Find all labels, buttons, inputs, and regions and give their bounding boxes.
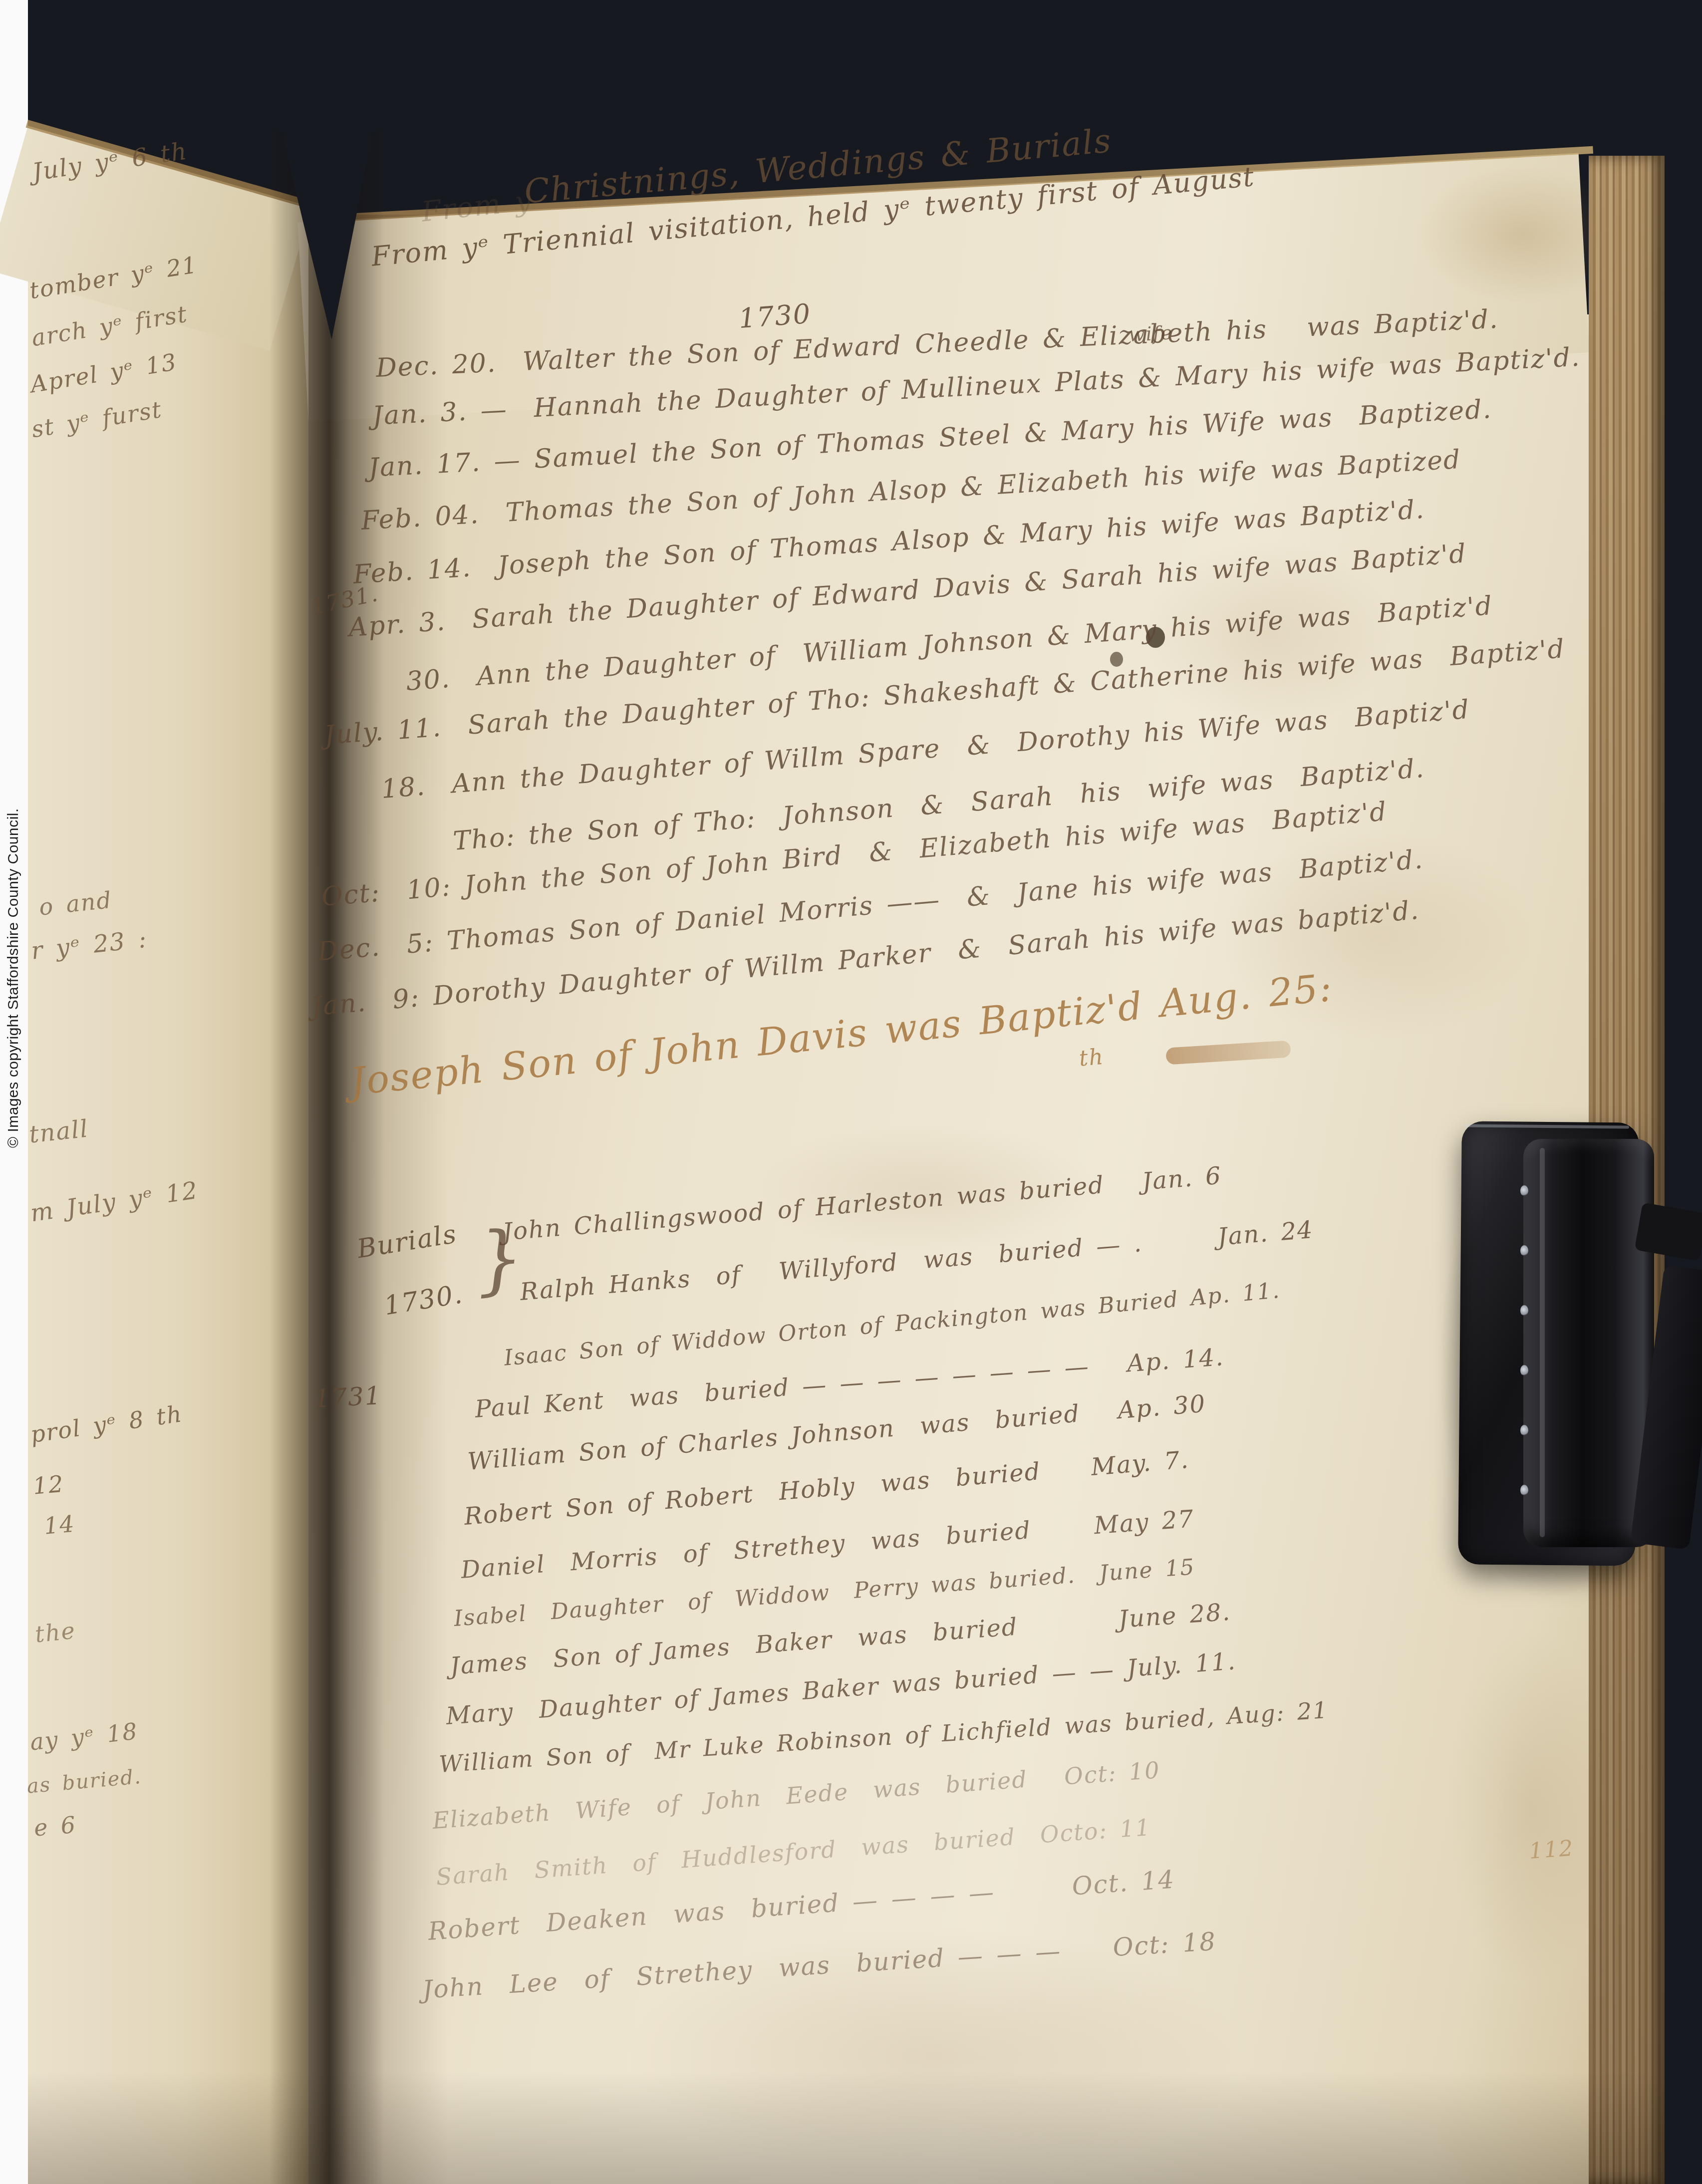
copyright-notice: © Images copyright Staffordshire County … bbox=[5, 808, 22, 1148]
burials-margin-year: 1731 bbox=[313, 1383, 382, 1411]
page-number: 112 bbox=[1528, 1838, 1575, 1863]
clip-notch-highlight bbox=[1520, 1485, 1528, 1496]
clip-notch-highlight bbox=[1520, 1425, 1528, 1436]
clip-notch-highlight bbox=[1520, 1365, 1528, 1376]
clip-roller-highlight bbox=[1540, 1148, 1545, 1537]
header-year: 1730 bbox=[738, 300, 812, 332]
left-page-fragment: o and bbox=[38, 888, 113, 919]
baptism-joseph-superscript: th bbox=[1078, 1046, 1105, 1070]
bottom-vignette bbox=[28, 2071, 1665, 2184]
left-page-fragment: 14 bbox=[43, 1512, 76, 1538]
clip-notch-highlight bbox=[1520, 1305, 1528, 1316]
book-gutter-shadow bbox=[270, 131, 384, 2184]
clip-notch-highlight bbox=[1520, 1245, 1528, 1256]
left-page-fragment: e 6 bbox=[33, 1813, 77, 1840]
left-page-fragment: 12 bbox=[32, 1472, 65, 1498]
left-page-fragment: the bbox=[34, 1619, 77, 1645]
baptism-interlinear-word: wife bbox=[1128, 323, 1173, 344]
left-page-fragment: tnall bbox=[28, 1117, 90, 1147]
photographed-parish-register: © Images copyright Staffordshire County … bbox=[0, 0, 1702, 2184]
clip-notch-highlight bbox=[1520, 1185, 1528, 1196]
